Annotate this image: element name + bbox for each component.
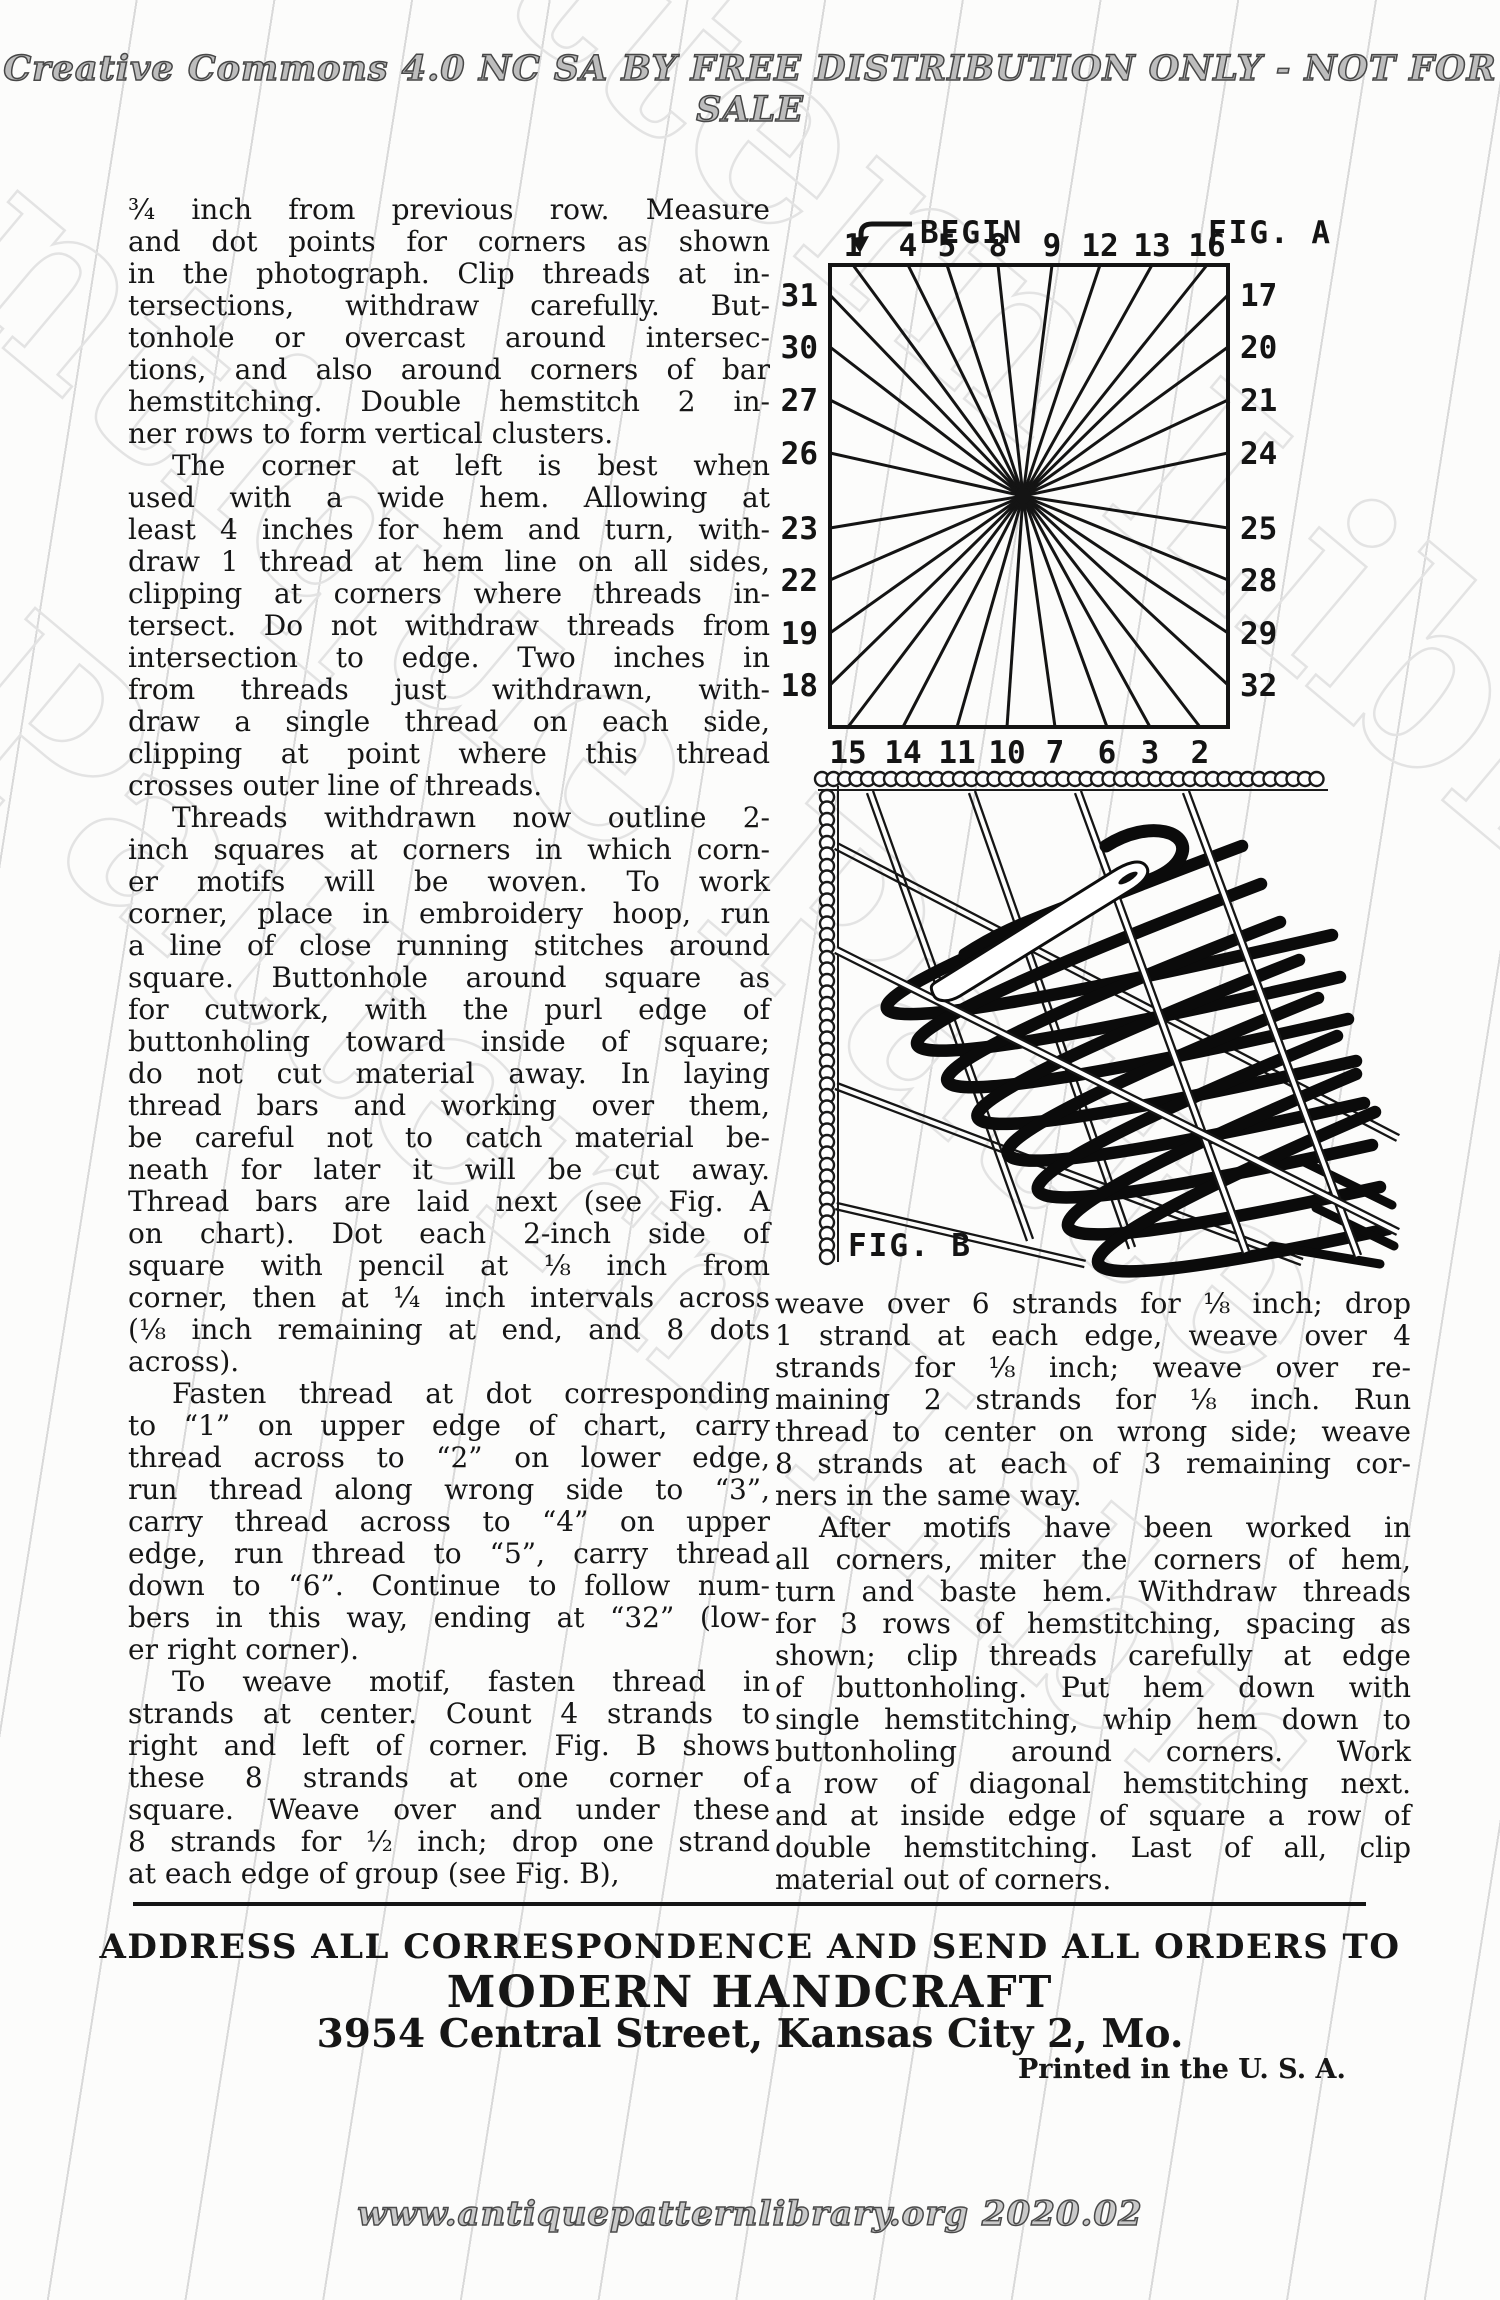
footer-correspondence-line: ADDRESS ALL CORRESPONDENCE AND SEND ALL …	[0, 1927, 1500, 1967]
svg-text:24: 24	[1240, 436, 1277, 472]
footer-watermark-url: www.antiquepatternlibrary.org 2020.02	[0, 2194, 1500, 2234]
fig-b-weaving-illustration	[815, 772, 1399, 1271]
svg-text:19: 19	[781, 616, 818, 652]
svg-text:20: 20	[1240, 330, 1277, 366]
svg-text:1: 1	[844, 228, 863, 264]
svg-text:29: 29	[1240, 616, 1277, 652]
svg-text:2: 2	[1191, 735, 1210, 771]
svg-text:32: 32	[1240, 668, 1277, 704]
svg-text:23: 23	[781, 511, 818, 547]
svg-text:30: 30	[781, 330, 818, 366]
fig-a-label: FIG. A	[1208, 215, 1332, 251]
svg-text:6: 6	[1098, 735, 1117, 771]
svg-text:9: 9	[1043, 228, 1062, 264]
thread-curl	[964, 831, 1183, 954]
fig-a-begin-label: BEGIN	[920, 215, 1023, 251]
svg-text:28: 28	[1240, 563, 1277, 599]
svg-text:22: 22	[781, 563, 818, 599]
svg-text:7: 7	[1046, 735, 1065, 771]
svg-text:10: 10	[988, 735, 1025, 771]
svg-text:5: 5	[938, 228, 957, 264]
svg-text:25: 25	[1240, 511, 1277, 547]
footer-street-address: 3954 Central Street, Kansas City 2, Mo.	[0, 2011, 1500, 2057]
svg-text:4: 4	[899, 228, 918, 264]
svg-text:17: 17	[1240, 278, 1277, 314]
svg-text:27: 27	[781, 383, 818, 419]
svg-text:12: 12	[1081, 228, 1118, 264]
footer-printed-note: Printed in the U. S. A.	[1018, 2054, 1346, 2085]
fig-a-thread-chart: 1458912131615141110763231173020272126242…	[781, 228, 1278, 771]
section-divider	[133, 1902, 1366, 1906]
woven-thread-motif	[887, 846, 1394, 1271]
svg-text:8: 8	[989, 228, 1008, 264]
svg-text:16: 16	[1188, 228, 1225, 264]
svg-text:18: 18	[781, 668, 818, 704]
svg-text:14: 14	[884, 735, 921, 771]
svg-text:21: 21	[1240, 383, 1277, 419]
svg-text:11: 11	[938, 735, 975, 771]
scanned-page: Antique Patte ttern Library Pattern Libr…	[0, 0, 1500, 2300]
svg-text:15: 15	[829, 735, 866, 771]
svg-text:31: 31	[781, 278, 818, 314]
svg-text:3: 3	[1141, 735, 1160, 771]
fig-b-label: FIG. B	[848, 1228, 972, 1264]
svg-text:26: 26	[781, 436, 818, 472]
svg-text:13: 13	[1133, 228, 1170, 264]
